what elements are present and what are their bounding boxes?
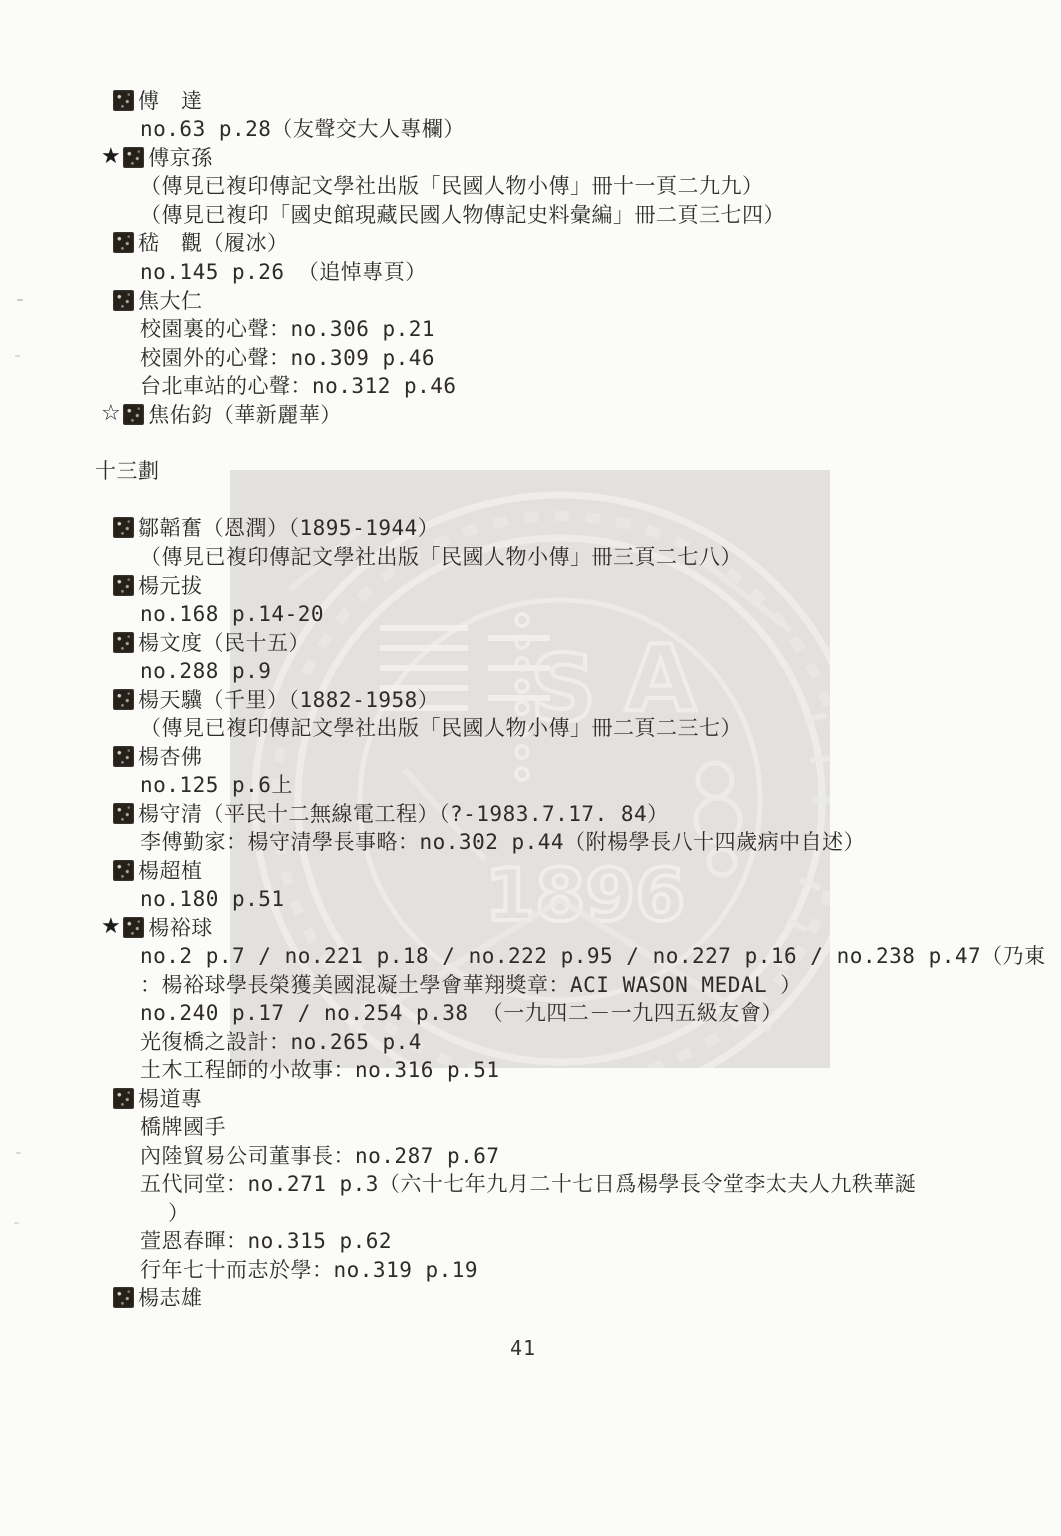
index-line: ★ 楊裕球 — [101, 915, 213, 941]
line-text: 鄒韜奮（恩潤）（1895-1944） — [138, 515, 439, 541]
seal-stamp-icon — [113, 575, 134, 596]
index-line: 嵇 觀（履冰） — [113, 230, 289, 256]
star-icon: ★ — [101, 145, 121, 169]
line-text: 楊天驥（千里）（1882-1958） — [138, 687, 439, 713]
seal-stamp-icon — [113, 803, 134, 824]
line-text: 楊裕球 — [148, 915, 213, 941]
index-line: 土木工程師的小故事：no.316 p.51 — [140, 1057, 500, 1083]
seal-stamp-icon — [113, 90, 134, 111]
line-text: （傳見已複印「國史館現藏民國人物傳記史料彙編」冊二頁三七四） — [140, 202, 785, 228]
line-text: 楊志雄 — [138, 1285, 203, 1311]
seal-stamp-icon — [113, 1287, 134, 1308]
scan-speck — [16, 1152, 21, 1154]
index-line: 校園裏的心聲：no.306 p.21 — [140, 316, 435, 342]
line-text: 十三劃 — [95, 458, 160, 484]
index-line: 橋牌國手 — [140, 1114, 226, 1140]
line-text: no.240 p.17 / no.254 p.38 （一九四二－一九四五級友會） — [140, 1000, 783, 1026]
line-text: 楊超植 — [138, 858, 203, 884]
seal-stamp-icon — [113, 232, 134, 253]
index-line: （傳見已複印傳記文學社出版「民國人物小傳」冊三頁二七八） — [140, 544, 742, 570]
scanned-document-page: S A 1896 — [0, 0, 1061, 1536]
line-text: 楊元拔 — [138, 573, 203, 599]
seal-stamp-icon — [123, 404, 144, 425]
index-line: ★ 傅京孫 — [101, 145, 213, 171]
line-text: ） — [168, 1200, 190, 1226]
line-text: 焦佑鈞（華新麗華） — [148, 402, 342, 428]
line-text: 焦大仁 — [138, 288, 203, 314]
index-line: no.2 p.7 / no.221 p.18 / no.222 p.95 / n… — [140, 943, 1046, 969]
line-text: 嵇 觀（履冰） — [138, 230, 289, 256]
index-line: 楊文度（民十五） — [113, 630, 310, 656]
index-line: 十三劃 — [95, 458, 160, 484]
index-line: no.180 p.51 — [140, 886, 285, 912]
seal-stamp-icon — [113, 632, 134, 653]
line-text: 校園外的心聲：no.309 p.46 — [140, 345, 435, 371]
index-line: ） — [168, 1200, 190, 1226]
scan-speck — [14, 1222, 19, 1224]
index-line: no.240 p.17 / no.254 p.38 （一九四二－一九四五級友會） — [140, 1000, 783, 1026]
seal-stamp-icon — [113, 517, 134, 538]
seal-stamp-icon — [113, 1088, 134, 1109]
seal-stamp-icon — [113, 746, 134, 767]
index-line: ：楊裕球學長榮獲美國混凝土學會華翔獎章：ACI WASON MEDAL ） — [140, 972, 802, 998]
line-text: no.63 p.28（友聲交大人專欄） — [140, 116, 465, 142]
line-text: 內陸貿易公司董事長：no.287 p.67 — [140, 1143, 500, 1169]
line-text: 行年七十而志於學：no.319 p.19 — [140, 1257, 478, 1283]
seal-stamp-icon — [113, 860, 134, 881]
index-line: 五代同堂：no.271 p.3（六十七年九月二十七日爲楊學長令堂李太夫人九秩華誕 — [140, 1171, 916, 1197]
index-line: （傳見已複印傳記文學社出版「民國人物小傳」冊十一頁二九九） — [140, 173, 764, 199]
page-number: 41 — [510, 1336, 536, 1360]
line-text: no.180 p.51 — [140, 886, 285, 912]
index-line: no.63 p.28（友聲交大人專欄） — [140, 116, 465, 142]
index-line: 校園外的心聲：no.309 p.46 — [140, 345, 435, 371]
line-text: 楊杏佛 — [138, 744, 203, 770]
index-line: 李傅勤家：楊守清學長事略：no.302 p.44（附楊學長八十四歲病中自述） — [140, 829, 865, 855]
index-line: no.145 p.26 （追悼專頁） — [140, 259, 427, 285]
index-line: 楊守清（平民十二無線電工程）（?-1983.7.17. 84） — [113, 801, 669, 827]
line-text: no.168 p.14-20 — [140, 601, 324, 627]
index-line: no.168 p.14-20 — [140, 601, 324, 627]
seal-stamp-icon — [123, 147, 144, 168]
line-text: 台北車站的心聲：no.312 p.46 — [140, 373, 457, 399]
line-text: 李傅勤家：楊守清學長事略：no.302 p.44（附楊學長八十四歲病中自述） — [140, 829, 865, 855]
index-line: 楊天驥（千里）（1882-1958） — [113, 687, 439, 713]
line-text: no.145 p.26 （追悼專頁） — [140, 259, 427, 285]
line-text: no.288 p.9 — [140, 658, 271, 684]
seal-stamp-icon — [113, 290, 134, 311]
index-line: 鄒韜奮（恩潤）（1895-1944） — [113, 515, 439, 541]
line-text: ：楊裕球學長榮獲美國混凝土學會華翔獎章：ACI WASON MEDAL ） — [140, 972, 802, 998]
line-text: （傳見已複印傳記文學社出版「民國人物小傳」冊三頁二七八） — [140, 544, 742, 570]
seal-stamp-icon — [123, 917, 144, 938]
index-line: 台北車站的心聲：no.312 p.46 — [140, 373, 457, 399]
scan-speck — [17, 299, 23, 301]
index-line: 楊志雄 — [113, 1285, 203, 1311]
index-line: no.288 p.9 — [140, 658, 271, 684]
line-text: 光復橋之設計：no.265 p.4 — [140, 1029, 422, 1055]
index-line: 楊杏佛 — [113, 744, 203, 770]
index-line: ☆ 焦佑鈞（華新麗華） — [101, 402, 342, 428]
index-line: no.125 p.6上 — [140, 772, 293, 798]
seal-stamp-icon — [113, 689, 134, 710]
index-line: 萱恩春暉：no.315 p.62 — [140, 1228, 392, 1254]
line-text: 傅京孫 — [148, 145, 213, 171]
star-icon: ★ — [101, 915, 121, 939]
index-line: 行年七十而志於學：no.319 p.19 — [140, 1257, 478, 1283]
index-line: （傳見已複印「國史館現藏民國人物傳記史料彙編」冊二頁三七四） — [140, 202, 785, 228]
line-text: 傅 達 — [138, 88, 203, 114]
line-text: （傳見已複印傳記文學社出版「民國人物小傳」冊十一頁二九九） — [140, 173, 764, 199]
line-text: 楊道專 — [138, 1086, 203, 1112]
line-text: 楊文度（民十五） — [138, 630, 310, 656]
index-line: 光復橋之設計：no.265 p.4 — [140, 1029, 422, 1055]
line-text: 校園裏的心聲：no.306 p.21 — [140, 316, 435, 342]
index-line: 楊超植 — [113, 858, 203, 884]
line-text: （傳見已複印傳記文學社出版「民國人物小傳」冊二頁二三七） — [140, 715, 742, 741]
star-icon: ☆ — [101, 402, 121, 426]
line-text: 土木工程師的小故事：no.316 p.51 — [140, 1057, 500, 1083]
line-text: no.125 p.6上 — [140, 772, 293, 798]
line-text: 楊守清（平民十二無線電工程）（?-1983.7.17. 84） — [138, 801, 669, 827]
line-text: 萱恩春暉：no.315 p.62 — [140, 1228, 392, 1254]
index-line: 焦大仁 — [113, 288, 203, 314]
index-line: 內陸貿易公司董事長：no.287 p.67 — [140, 1143, 500, 1169]
index-line: 傅 達 — [113, 88, 203, 114]
index-line: 楊道專 — [113, 1086, 203, 1112]
scan-speck — [15, 355, 20, 357]
line-text: 橋牌國手 — [140, 1114, 226, 1140]
index-line: 楊元拔 — [113, 573, 203, 599]
line-text: 五代同堂：no.271 p.3（六十七年九月二十七日爲楊學長令堂李太夫人九秩華誕 — [140, 1171, 916, 1197]
index-line: （傳見已複印傳記文學社出版「民國人物小傳」冊二頁二三七） — [140, 715, 742, 741]
line-text: no.2 p.7 / no.221 p.18 / no.222 p.95 / n… — [140, 943, 1046, 969]
